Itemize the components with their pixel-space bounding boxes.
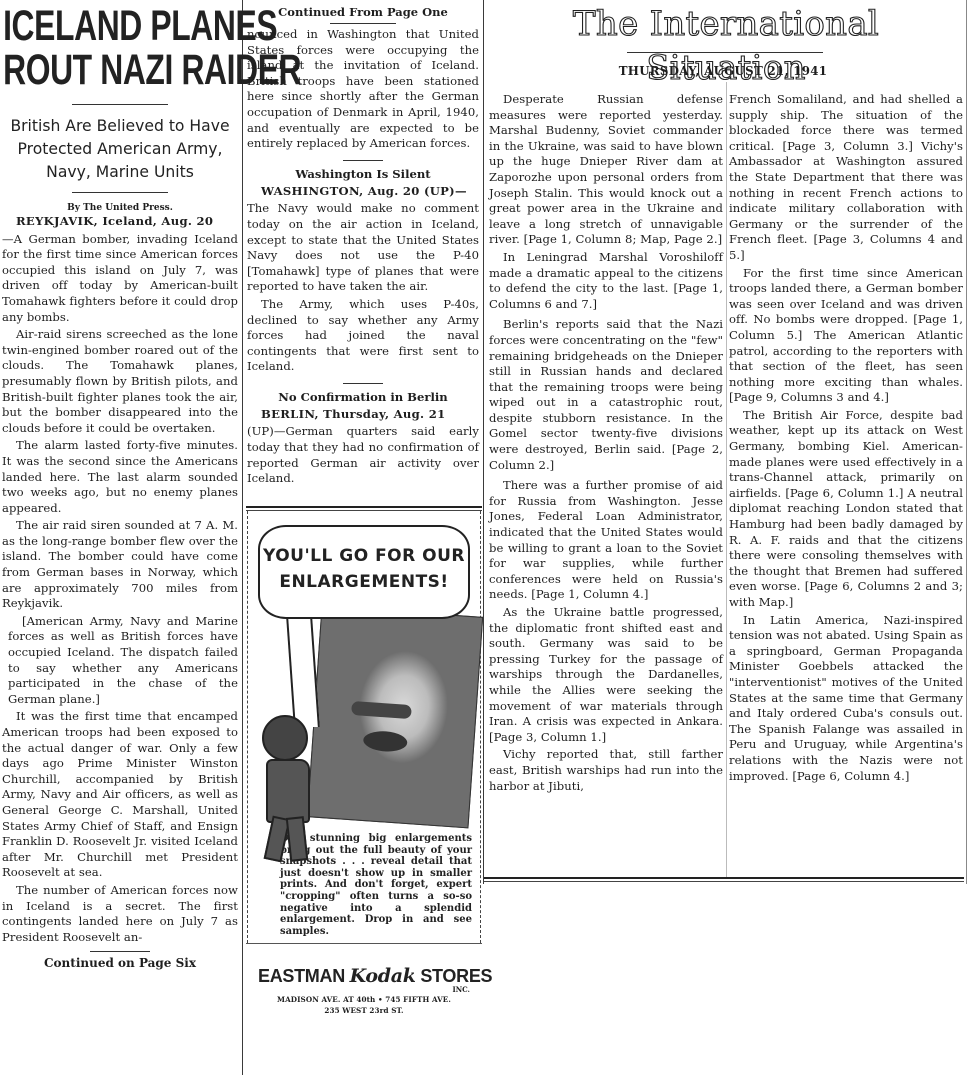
- summary-paragraph: As the Ukraine battle progressed, the di…: [489, 605, 723, 745]
- article-paragraph: —A German bomber, invading Iceland for t…: [2, 232, 238, 326]
- speech-bubble: YOU'LL GO FOR OUR ENLARGEMENTS!: [258, 525, 470, 619]
- international-bottom-rule: [484, 877, 964, 882]
- headline-line-2: ROUT NAZI RAIDER: [3, 48, 237, 92]
- headline-line-1: ICELAND PLANES: [3, 4, 237, 48]
- article-paragraph: The alarm lasted forty-five minutes. It …: [2, 438, 238, 516]
- subhead-berlin: No Confirmation in Berlin: [247, 390, 479, 404]
- summary-paragraph: French Somaliland, and had shelled a sup…: [729, 92, 963, 264]
- summary-paragraph: Berlin's reports said that the Nazi forc…: [489, 317, 723, 473]
- speech-bubble-tail: [286, 617, 320, 727]
- cartoon-man-leg: [286, 816, 309, 862]
- title-rule: [627, 52, 823, 53]
- deck-subheadline: British Are Believed to Have Protected A…: [2, 113, 238, 184]
- iceland-article: ICELAND PLANES ROUT NAZI RAIDER British …: [2, 0, 238, 970]
- summary-paragraph: Vichy reported that, still farther east,…: [489, 747, 723, 794]
- headline-rule: [72, 104, 168, 105]
- subhead-washington: Washington Is Silent: [247, 167, 479, 181]
- address-line-1: MADISON AVE. AT 40th • 745 FIFTH AVE.: [252, 994, 476, 1005]
- brand-eastman: EASTMAN: [258, 966, 345, 986]
- kodak-advertisement: YOU'LL GO FOR OUR ENLARGEMENTS! Our stun…: [247, 511, 481, 943]
- dateline-paragraph: BERLIN, Thursday, Aug. 21: [247, 407, 479, 423]
- byline: By The United Press.: [2, 203, 238, 213]
- section-rule: [343, 160, 383, 161]
- continuation-paragraph: nounced in Washington that United States…: [247, 27, 479, 152]
- summary-paragraph: In Latin America, Nazi-inspired tension …: [729, 613, 963, 785]
- store-addresses: MADISON AVE. AT 40th • 745 FIFTH AVE. 23…: [252, 994, 476, 1016]
- cartoon-man-body: [266, 759, 310, 823]
- article-paragraph: The number of American forces now in Ice…: [2, 883, 238, 945]
- summary-paragraph: The British Air Force, despite bad weath…: [729, 408, 963, 611]
- summary-paragraph: In Leningrad Marshal Voroshiloff made a …: [489, 250, 723, 312]
- ad-brand-name: EASTMAN Kodak STORES: [258, 965, 470, 987]
- column-rule: [966, 0, 967, 884]
- column-rule: [726, 82, 727, 877]
- international-column-1: Desperate Russian defense measures were …: [489, 92, 723, 794]
- continuation-article: Continued From Page One nounced in Washi…: [247, 0, 479, 487]
- section-rule: [343, 383, 383, 384]
- dateline-paragraph: WASHINGTON, Aug. 20 (UP)—: [247, 184, 479, 200]
- bubble-line-2: ENLARGEMENTS!: [260, 569, 468, 595]
- continued-rule: [330, 23, 396, 24]
- issue-date: THURSDAY, AUGUST 21, 1941: [488, 64, 958, 78]
- summary-paragraph: For the first time since American troops…: [729, 266, 963, 406]
- address-line-2: 235 WEST 23rd ST.: [252, 1005, 476, 1016]
- article-paragraph: The Navy would make no comment today on …: [247, 201, 479, 295]
- cartoon-man-head: [262, 715, 308, 761]
- ad-copy-text: Our stunning big enlargements bring out …: [280, 833, 472, 937]
- bracketed-note: [American Army, Navy and Marine forces a…: [2, 614, 238, 708]
- dateline: WASHINGTON, Aug. 20 (UP)—: [261, 184, 467, 198]
- dateline-paragraph: REYKJAVIK, Iceland, Aug. 20: [2, 214, 238, 230]
- column-rule: [483, 0, 484, 884]
- brand-inc: INC.: [452, 985, 470, 994]
- continued-on-link[interactable]: Continued on Page Six: [2, 956, 238, 970]
- article-paragraph: The Army, which uses P-40s, declined to …: [247, 297, 479, 375]
- enlarged-portrait-image: [307, 606, 483, 829]
- bubble-line-1: YOU'LL GO FOR OUR: [260, 543, 468, 569]
- dateline: BERLIN, Thursday, Aug. 21: [261, 407, 445, 421]
- article-paragraph: Air-raid sirens screeched as the lone tw…: [2, 327, 238, 436]
- article-paragraph: The air raid siren sounded at 7 A. M. as…: [2, 518, 238, 612]
- portrait-glasses: [351, 701, 412, 719]
- continued-rule: [90, 951, 150, 952]
- column-rule: [242, 0, 243, 1075]
- dateline: REYKJAVIK, Iceland, Aug. 20: [16, 214, 213, 228]
- article-paragraph: (UP)—German quarters said early today th…: [247, 424, 479, 486]
- ad-bottom-rule: [246, 943, 482, 946]
- brand-stores: STORES: [420, 966, 492, 986]
- summary-paragraph: There was a further promise of aid for R…: [489, 478, 723, 603]
- article-paragraph: It was the first time that encamped Amer…: [2, 709, 238, 881]
- portrait-mouth: [363, 730, 408, 753]
- deck-rule: [72, 192, 168, 193]
- brand-kodak-script: Kodak: [350, 965, 416, 987]
- international-column-2: French Somaliland, and had shelled a sup…: [729, 92, 963, 784]
- summary-paragraph: Desperate Russian defense measures were …: [489, 92, 723, 248]
- continued-from-header: Continued From Page One: [247, 5, 479, 19]
